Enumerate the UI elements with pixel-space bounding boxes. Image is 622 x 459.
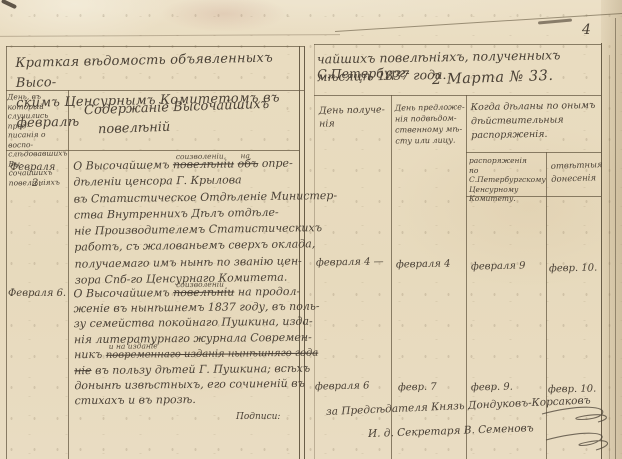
signature-label: Подписи:: [236, 412, 280, 422]
entry-2-text: О Высочайшемъ повелѣніисоизволеніи на пр…: [73, 284, 304, 409]
struck-text: ніе: [74, 364, 91, 377]
row-1-received-date: февраля 4 —: [316, 256, 384, 268]
entry-line: стихахъ и въ прозѣ.: [74, 391, 304, 409]
row-2-received-date: февраля 6: [315, 381, 370, 393]
page-top-edge-right: [335, 13, 622, 32]
header-line: нія: [319, 116, 389, 130]
inserted-text: соизволеніи,: [176, 148, 227, 165]
correction: объна: [237, 156, 258, 173]
page-top-edge-left: [0, 34, 340, 37]
entry-1-text: О Высочайшемъ повелѣніисоизволеніи, обън…: [73, 155, 305, 289]
entry-text: никъ: [74, 348, 102, 361]
rule-subheader-top: [466, 152, 601, 153]
header-line: Ценсурному: [469, 185, 545, 195]
entry-text: О Высочайшемъ: [73, 286, 169, 300]
entry-text: въ пользу дѣтей Г. Пушкина; всѣхъ: [95, 362, 310, 377]
signature-secretary: И. д. Секретаря В. Семеновъ: [368, 422, 534, 440]
header-line: распоряженія.: [471, 127, 599, 143]
left-col2-header-line2: повелѣній: [98, 120, 171, 138]
header-line: День получе-: [319, 103, 389, 117]
header-line: Когда дѣланы по онымъ: [471, 99, 599, 115]
signature-flourish: [540, 396, 618, 456]
header-line: случились пред-: [8, 110, 68, 130]
title-line: Краткая вѣдомость объявленныхъ Высо-: [15, 48, 300, 94]
row-1-order-date: февраля 9: [471, 261, 526, 273]
inserted-text: соизволеніи: [176, 277, 224, 293]
header-line: Комитету.: [469, 194, 545, 204]
rule-left-title-top: [6, 46, 304, 47]
row-1-proposed-date: февраля 4: [396, 259, 451, 271]
rule-page-stack-2: [615, 18, 616, 459]
left-col1-header: День, въ который случились пред- писанія…: [7, 91, 69, 187]
entry-1-date-day: 2.: [32, 178, 42, 189]
right-col2-header: День предложе- нія подвѣдом- ственному м…: [395, 101, 466, 146]
inserted-text: и на изданіе: [109, 338, 158, 354]
correction: повелѣніисоизволеніи: [173, 285, 234, 301]
rule-right-title-bottom: [314, 95, 601, 96]
header-line: по С.Петербургскому: [469, 166, 545, 185]
row-2-order-date: февр. 9.: [471, 382, 513, 394]
ledger-title-right-line2: мѣсяцѣ 1837 года.: [317, 67, 447, 84]
correction: повелѣніисоизволеніи,: [173, 156, 234, 173]
header-line: донесенія: [551, 172, 599, 187]
right-col3-subheader-reports: отвѣтныя донесенія: [551, 159, 600, 187]
right-col3-header: Когда дѣланы по онымъ дѣйствительныя рас…: [471, 99, 600, 143]
header-line: сту или лицу.: [395, 134, 465, 146]
rule-left-col-divider: [68, 90, 69, 459]
document-page: 4 Краткая вѣдомость объявленныхъ Высо- с…: [0, 0, 622, 459]
row-1-report-date: февр. 10.: [549, 263, 597, 275]
header-line: распоряженія: [469, 156, 545, 166]
rule-right-title-top: [314, 44, 601, 45]
entry-2-date: Февраля 6.: [8, 288, 66, 299]
entry-text: на продол-: [238, 285, 301, 299]
row-2-proposed-date: февр. 7: [398, 382, 437, 394]
entry-line: никъ повременнаго изданія нынѣшняго года…: [74, 345, 304, 364]
book-edge-shade: [601, 0, 622, 459]
ink-smudge: [538, 19, 572, 25]
inserted-text: на: [240, 148, 250, 164]
correction: повременнаго изданія нынѣшняго годаи на …: [106, 344, 319, 362]
ledger-title-date-number: 2 Марта № 33.: [432, 68, 554, 88]
rule-right-left-border: [314, 44, 315, 459]
corner-fold-mark: [1, 0, 17, 9]
page-number: 4: [582, 22, 591, 38]
header-line: писанія о воспо-: [8, 129, 68, 149]
right-col3-subheader-orders: распоряженія по С.Петербургскому Ценсурн…: [469, 156, 545, 204]
right-col1-header: День получе- нія: [319, 103, 389, 130]
entry-line: донынѣ извѣстныхъ, его сочиненій въ: [74, 376, 304, 394]
entry-text: О Высочайшемъ: [73, 158, 169, 172]
header-line: День, въ который: [7, 91, 67, 111]
entry-1-date-month: Февраля: [10, 162, 55, 173]
entry-text: опре-: [262, 157, 293, 170]
